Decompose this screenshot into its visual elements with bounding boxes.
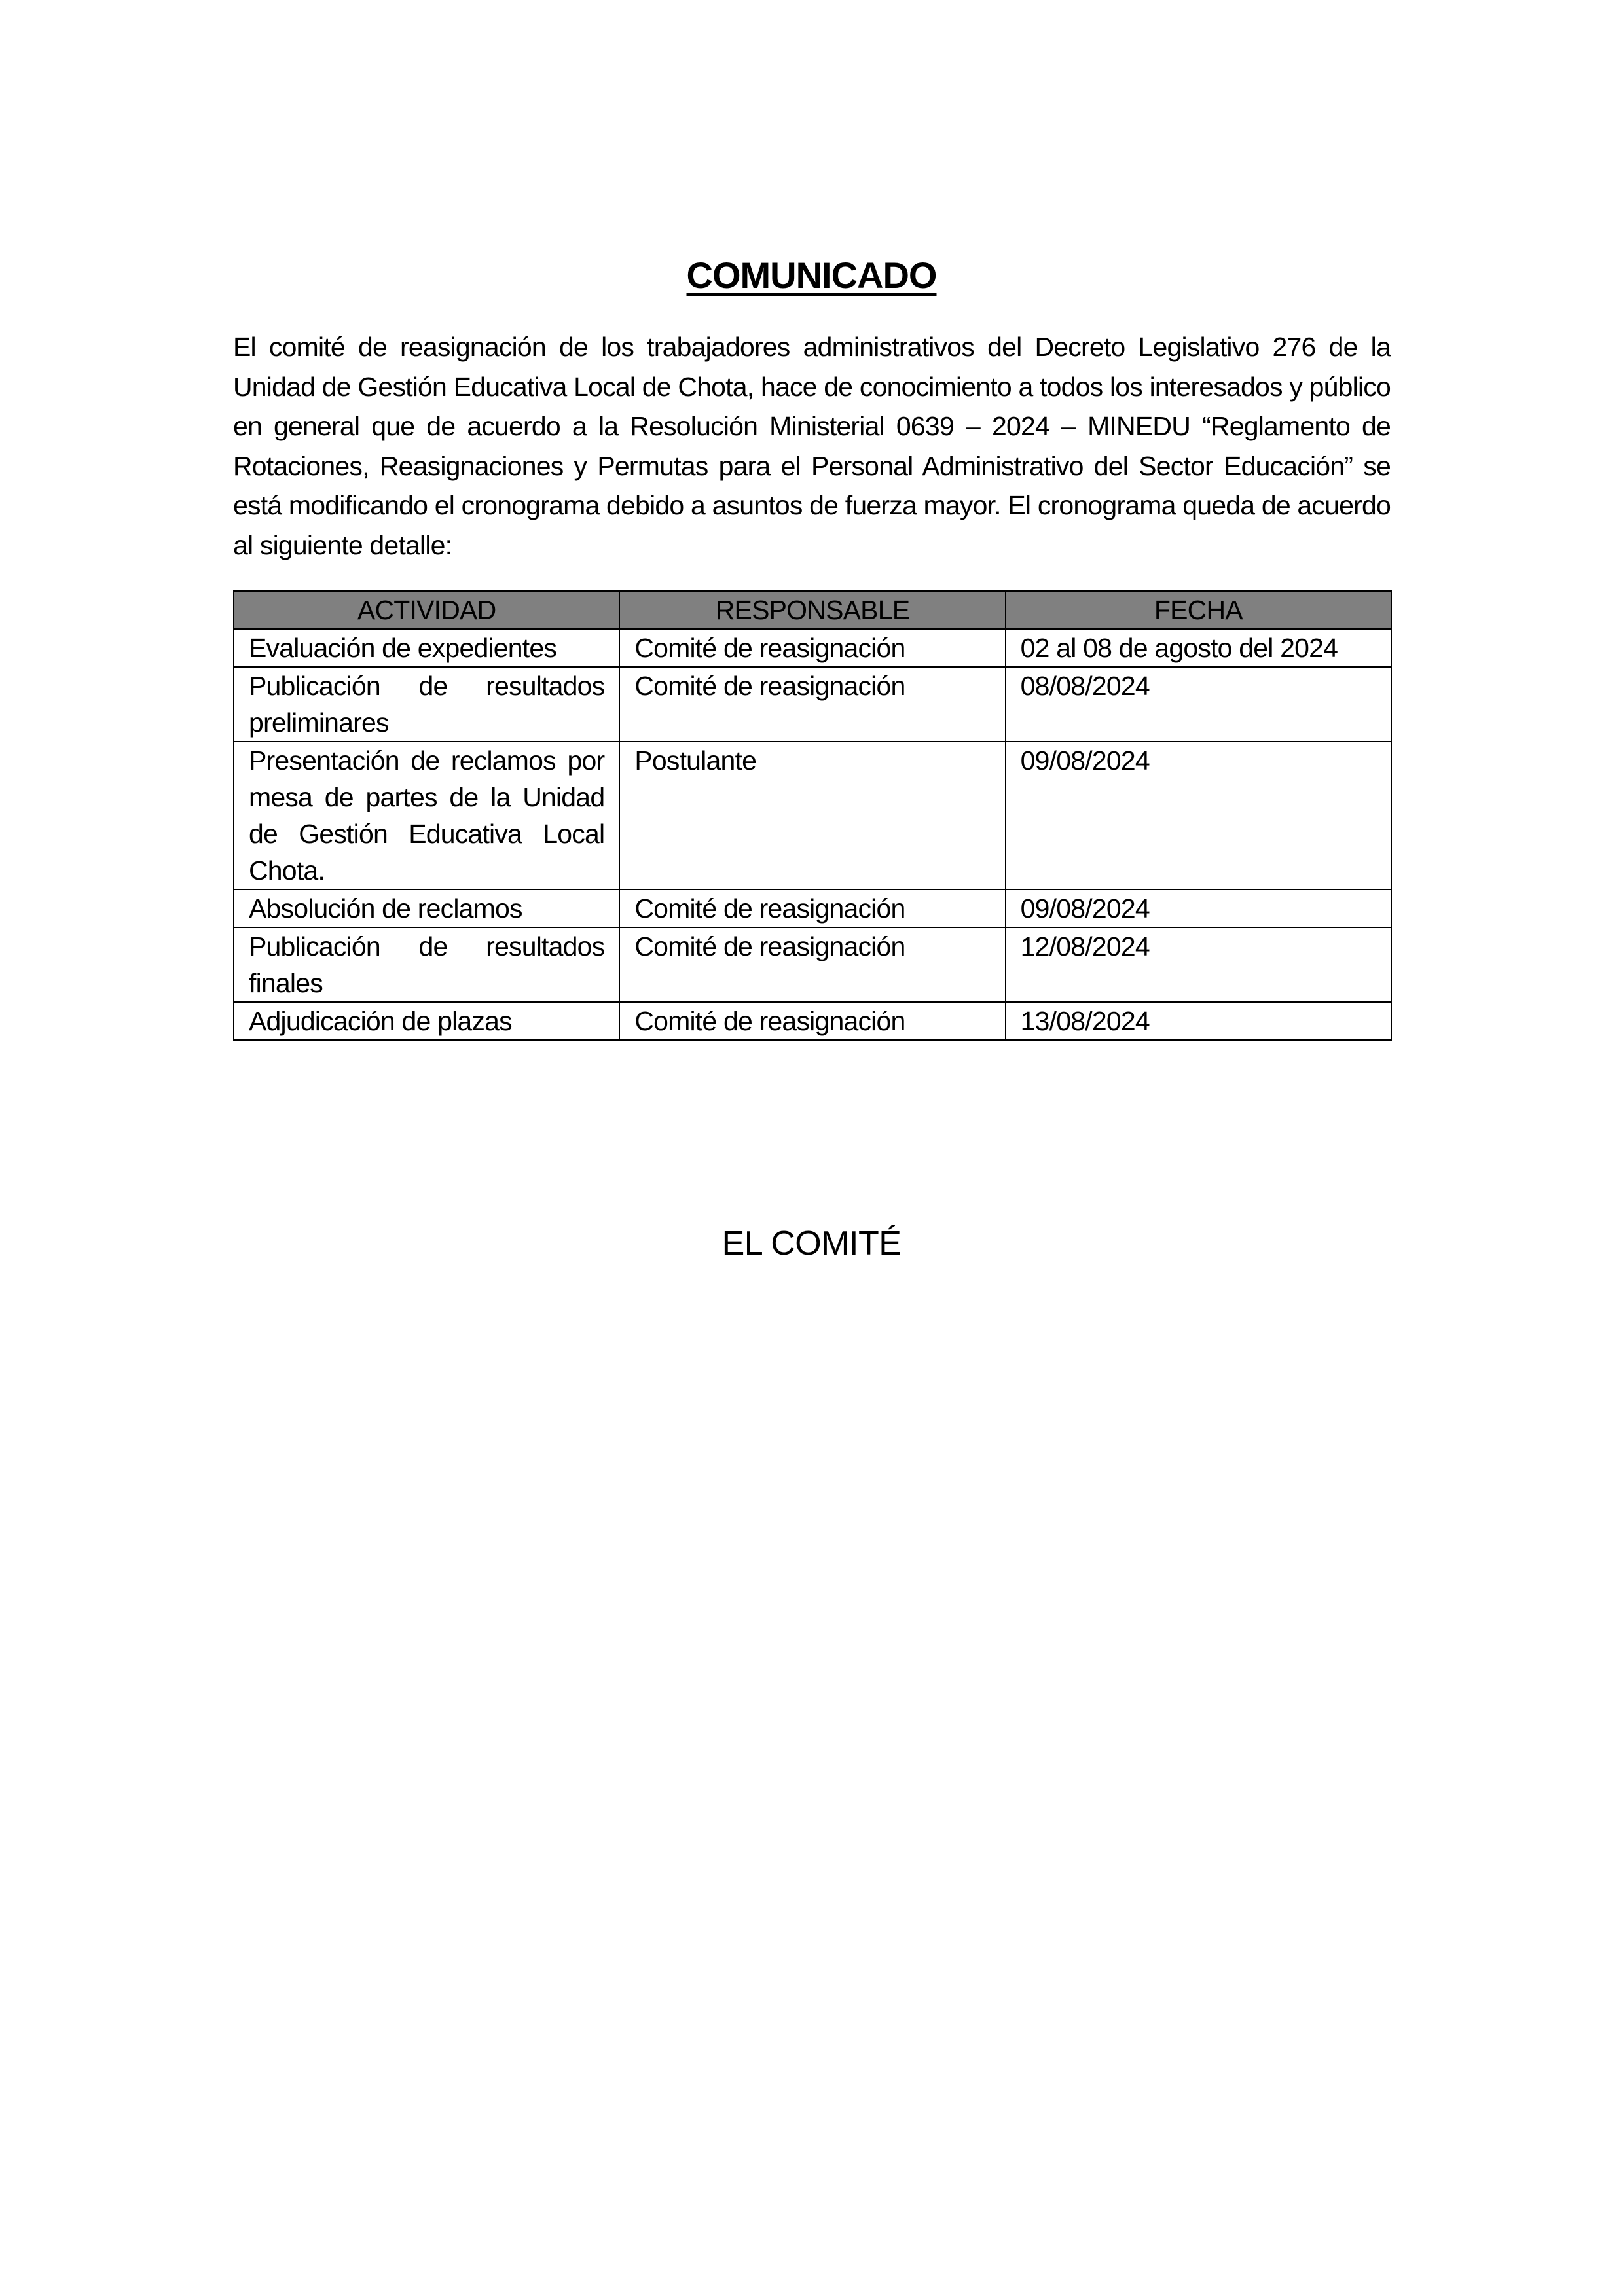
cell-responsable: Postulante [619, 742, 1005, 889]
cell-responsable: Comité de reasignación [619, 1002, 1005, 1040]
cell-actividad: Presentación de reclamos por mesa de par… [234, 742, 619, 889]
column-header-responsable: RESPONSABLE [619, 591, 1005, 629]
cell-responsable: Comité de reasignación [619, 927, 1005, 1002]
column-header-actividad: ACTIVIDAD [234, 591, 619, 629]
cell-fecha: 09/08/2024 [1006, 742, 1391, 889]
signature: EL COMITÉ [0, 1224, 1623, 1263]
cell-responsable: Comité de reasignación [619, 889, 1005, 927]
schedule-table: ACTIVIDAD RESPONSABLE FECHA Evaluación d… [233, 590, 1392, 1041]
document-page: COMUNICADO El comité de reasignación de … [0, 0, 1623, 2296]
table-row: Adjudicación de plazas Comité de reasign… [234, 1002, 1391, 1040]
cell-fecha: 12/08/2024 [1006, 927, 1391, 1002]
table-row: Evaluación de expedientes Comité de reas… [234, 629, 1391, 667]
cell-responsable: Comité de reasignación [619, 629, 1005, 667]
column-header-fecha: FECHA [1006, 591, 1391, 629]
cell-fecha: 02 al 08 de agosto del 2024 [1006, 629, 1391, 667]
table-header-row: ACTIVIDAD RESPONSABLE FECHA [234, 591, 1391, 629]
cell-actividad: Absolución de reclamos [234, 889, 619, 927]
cell-fecha: 08/08/2024 [1006, 667, 1391, 742]
document-title: COMUNICADO [0, 254, 1623, 296]
cell-responsable: Comité de reasignación [619, 667, 1005, 742]
cell-fecha: 13/08/2024 [1006, 1002, 1391, 1040]
table-row: Publicación de resultados finales Comité… [234, 927, 1391, 1002]
cell-actividad: Evaluación de expedientes [234, 629, 619, 667]
cell-actividad: Publicación de resultados finales [234, 927, 619, 1002]
cell-actividad: Adjudicación de plazas [234, 1002, 619, 1040]
table-row: Absolución de reclamos Comité de reasign… [234, 889, 1391, 927]
cell-actividad: Publicación de resultados preliminares [234, 667, 619, 742]
cell-fecha: 09/08/2024 [1006, 889, 1391, 927]
body-paragraph: El comité de reasignación de los trabaja… [233, 327, 1391, 565]
table-row: Publicación de resultados preliminares C… [234, 667, 1391, 742]
table-row: Presentación de reclamos por mesa de par… [234, 742, 1391, 889]
